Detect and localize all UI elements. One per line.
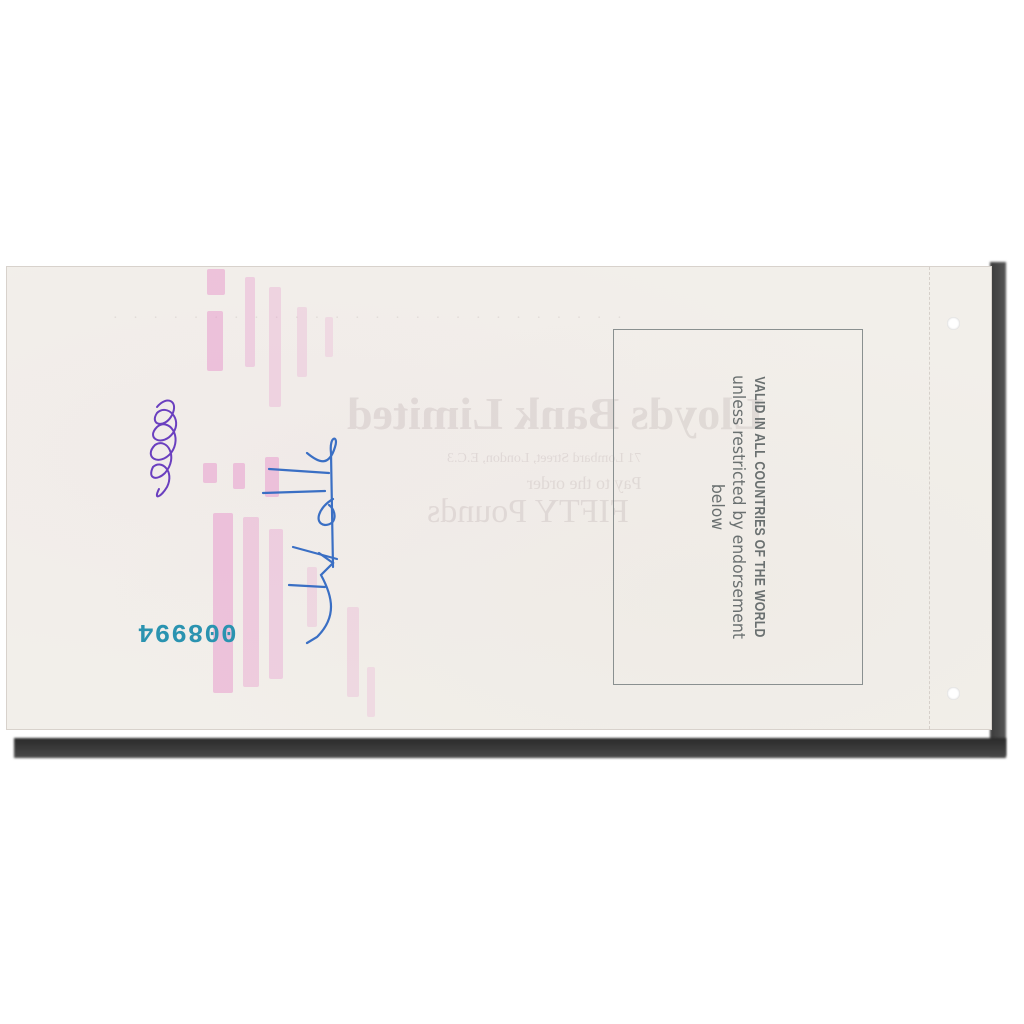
purple-signature	[151, 401, 176, 497]
restriction-notice: unless restricted by endorsement below	[707, 350, 750, 664]
blue-signature	[263, 439, 337, 643]
endorsement-notice: VALID IN ALL COUNTRIES OF THE WORLD unle…	[707, 342, 769, 672]
page-shadow-bottom	[14, 738, 1006, 758]
perforation-line	[929, 267, 930, 729]
punch-hole-bottom	[947, 687, 960, 700]
validity-notice: VALID IN ALL COUNTRIES OF THE WORLD	[750, 372, 770, 643]
page-shadow-right	[990, 262, 1006, 756]
endorsement-box: VALID IN ALL COUNTRIES OF THE WORLD unle…	[613, 329, 863, 685]
cheque-reverse: · · · · · · · · · · · · · · · · · · · · …	[6, 266, 992, 730]
punch-hole-top	[947, 317, 960, 330]
